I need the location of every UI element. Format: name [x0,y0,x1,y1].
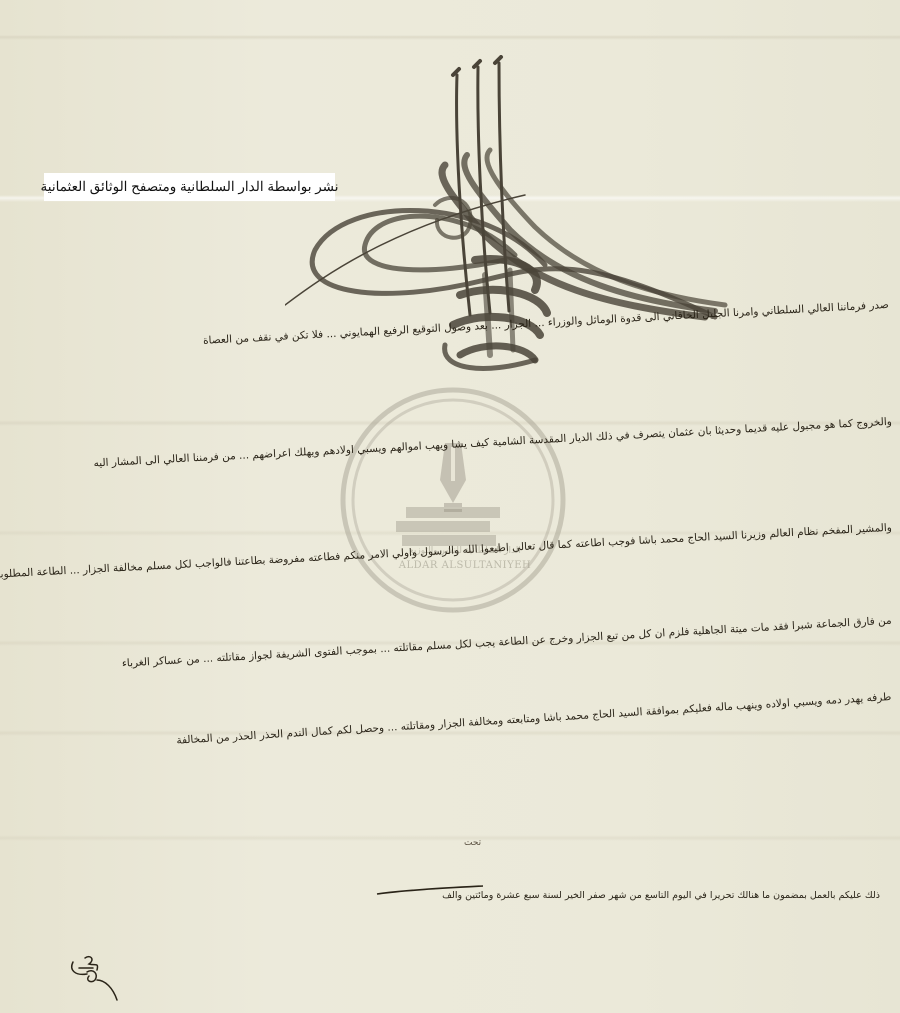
publisher-caption-text: نشر بواسطة الدار السلطانية ومتصفح الوثائ… [41,179,339,195]
signature-mark [65,950,125,1005]
margin-mark: تحت [464,838,481,848]
watermark-latin-text: ALDAR ALSULTANIYEH [395,560,535,571]
decree-closing-line: ذلك عليكم بالعمل بمضمون ما هنالك تحريرا … [480,890,880,901]
closing-flourish [375,880,485,900]
publisher-caption: نشر بواسطة الدار السلطانية ومتصفح الوثائ… [44,173,335,201]
tughra-monogram [285,55,745,400]
publisher-watermark-logo [338,385,568,615]
